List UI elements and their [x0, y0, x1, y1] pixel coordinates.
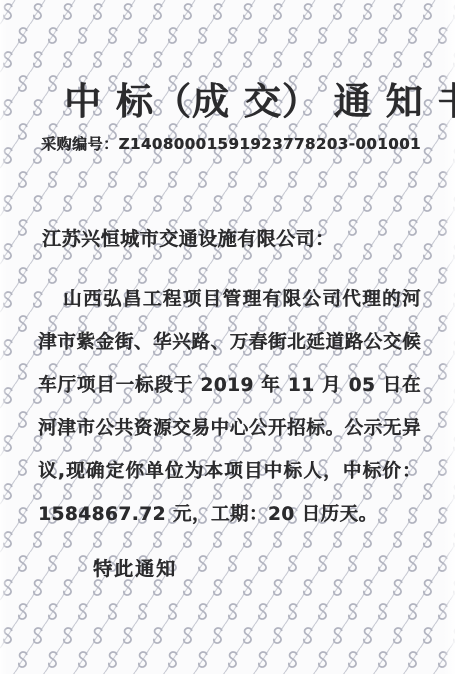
procurement-label: 采购编号：: [41, 135, 119, 153]
notice-body: 山西弘昌工程项目管理有限公司代理的河津市紫金街、华兴路、万春街北延道路公交候车厅…: [38, 278, 421, 536]
procurement-number: Z14080001591923778203-001001: [119, 135, 421, 153]
scanned-notice-page: 中 标（成 交） 通 知 书 采购编号：Z1408000159192377820…: [0, 0, 455, 674]
document-title: 中 标（成 交） 通 知 书: [38, 80, 421, 124]
addressee-company: 江苏兴恒城市交通设施有限公司：: [42, 226, 421, 252]
notice-content: 中 标（成 交） 通 知 书 采购编号：Z1408000159192377820…: [0, 80, 455, 582]
closing-phrase: 特此通知: [38, 556, 421, 582]
procurement-number-line: 采购编号：Z14080001591923778203-001001: [38, 133, 421, 154]
